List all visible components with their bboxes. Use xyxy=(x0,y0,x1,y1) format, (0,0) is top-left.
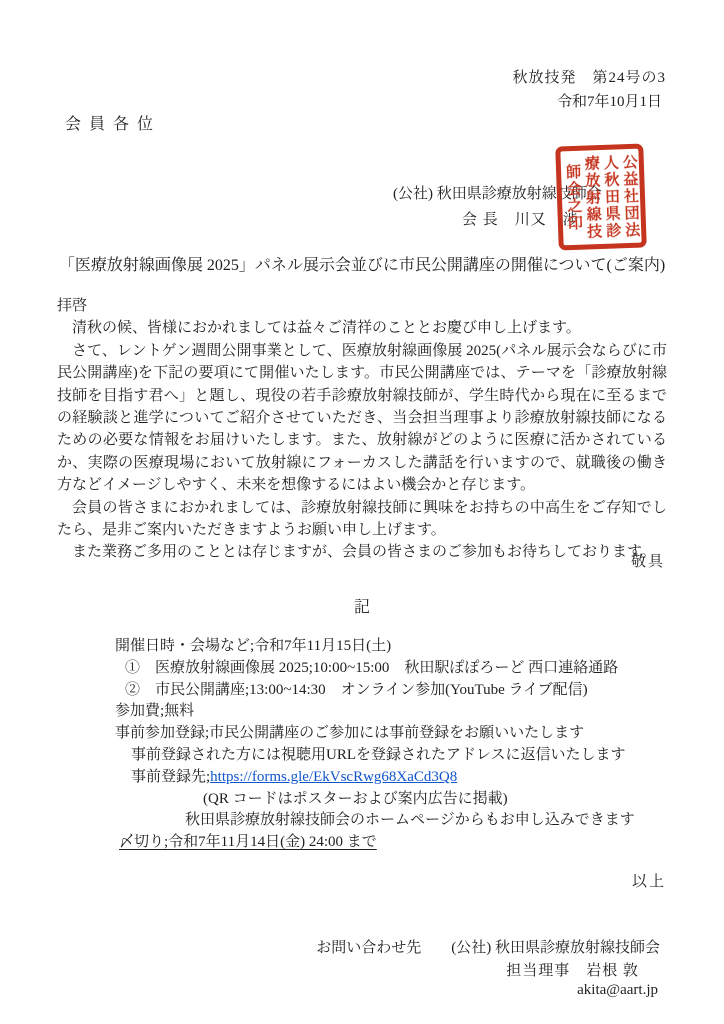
doc-number: 秋放技発 第24号の3 xyxy=(512,66,666,87)
body-paragraph-2: さて、レントゲン週間公開事業として、医療放射線画像展 2025(パネル展示会なら… xyxy=(57,340,667,497)
notice-homepage-note: 秋田県診療放射線技師会のホームページからもお申し込みできます xyxy=(57,810,677,832)
notice-deadline: 〆切り;令和7年11月14日(金) 24:00 まで xyxy=(57,832,677,854)
body-paragraph-3: 会員の皆さまにおかれましては、診療放射線技師に興味をお持ちの中高生をご存知でした… xyxy=(57,497,667,542)
notice-heading: 記 xyxy=(0,594,724,617)
salutation-opening: 拝啓 xyxy=(57,295,667,317)
notice-registration-reply: 事前登録された方には視聴用URLを登録されたアドレスに返信いたします xyxy=(57,745,677,767)
notice-qr-note: (QR コードはポスターおよび案内広告に掲載) xyxy=(57,789,677,811)
notice-registration-link-line: 事前登録先;https://forms.gle/EkVscRwg68XaCd3Q… xyxy=(57,767,677,789)
body-paragraph-1: 清秋の候、皆様におかれましては益々ご清祥のこととお慶び申し上げます。 xyxy=(57,317,667,339)
body-paragraph-4: また業務ご多用のこととは存じますが、会員の皆さまのご参加もお待ちしております。 xyxy=(57,541,667,563)
registration-form-link[interactable]: https://forms.gle/EkVscRwg68XaCd3Q8 xyxy=(210,769,457,785)
contact-person: 担当理事 岩根 敦 xyxy=(506,959,639,980)
notice-end: 以上 xyxy=(632,870,666,891)
letter-body: 拝啓 清秋の候、皆様におかれましては益々ご清祥のこととお慶び申し上げます。 さて… xyxy=(57,295,667,564)
salutation-closing: 敬具 xyxy=(631,550,665,571)
contact-email: akita@aart.jp xyxy=(577,982,658,999)
contact-organization: お問い合わせ先 (公社) 秋田県診療放射線技師会 xyxy=(316,936,660,957)
letter-title: 「医療放射線画像展 2025」パネル展示会並びに市民公開講座の開催について(ご案… xyxy=(0,252,724,275)
notice-registration: 事前参加登録;市民公開講座のご参加には事前登録をお願いいたします xyxy=(57,723,677,745)
notice-fee: 参加費;無料 xyxy=(57,701,677,723)
issue-date: 令和7年10月1日 xyxy=(557,90,662,111)
notice-details: 開催日時・会場など;令和7年11月15日(土) ① 医療放射線画像展 2025;… xyxy=(57,636,677,854)
official-seal-stamp: 公益社団法人秋田県診療放射線技師会之印 xyxy=(555,143,647,250)
registration-link-prefix: 事前登録先; xyxy=(131,769,210,785)
letter-page: 秋放技発 第24号の3 令和7年10月1日 会 員 各 位 (公社) 秋田県診療… xyxy=(0,0,724,1024)
notice-item-lecture: ② 市民公開講座;13:00~14:30 オンライン参加(YouTube ライブ… xyxy=(57,680,677,702)
notice-item-exhibition: ① 医療放射線画像展 2025;10:00~15:00 秋田駅ぽぽろーど 西口連… xyxy=(57,658,677,680)
recipient: 会 員 各 位 xyxy=(65,111,155,134)
official-seal-text: 公益社団法人秋田県診療放射線技師会之印 xyxy=(561,150,640,245)
notice-schedule: 開催日時・会場など;令和7年11月15日(土) xyxy=(57,636,677,658)
